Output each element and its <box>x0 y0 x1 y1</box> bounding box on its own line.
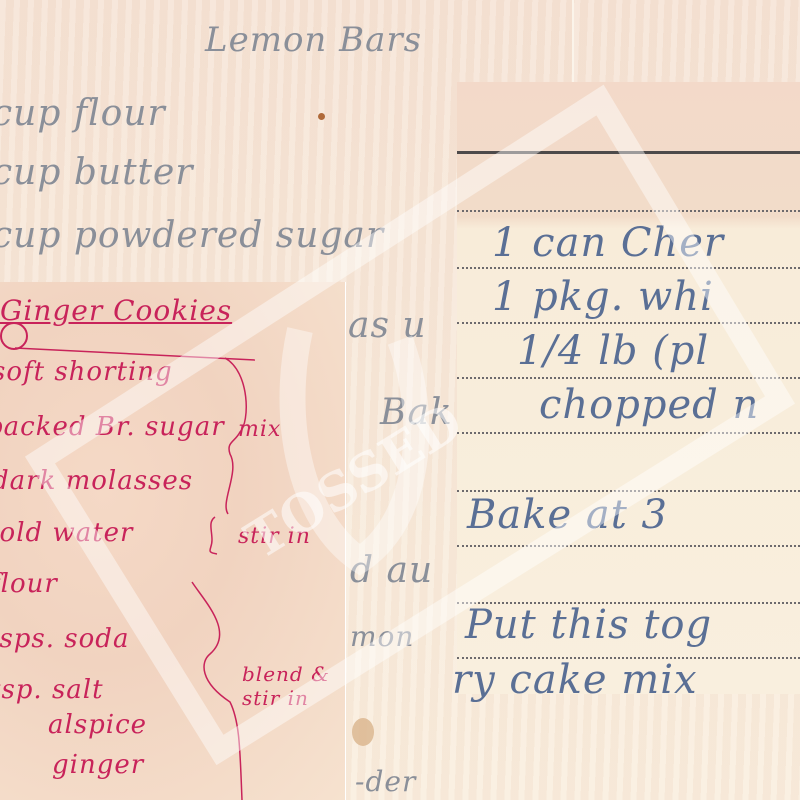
cherry-line: ry cake mix <box>452 657 698 703</box>
dotted-rule <box>457 267 800 269</box>
dotted-rule <box>457 432 800 434</box>
stain <box>318 113 325 120</box>
cherry-recipe-card: 1 can Cher 1 pkg. whi 1/4 lb (pl chopped… <box>457 82 800 694</box>
dotted-rule <box>457 377 800 379</box>
stain <box>352 718 374 746</box>
cherry-line: 1 can Cher <box>492 220 724 266</box>
lemon-bars-line: cup flour <box>0 93 166 134</box>
cherry-line: Put this tog <box>465 602 712 648</box>
lemon-bars-line: mon <box>350 620 414 653</box>
lemon-bars-title: Lemon Bars <box>205 20 422 60</box>
lemon-bars-line: Bak <box>380 392 453 433</box>
lemon-bars-line: -der <box>355 765 416 798</box>
card-header-rule <box>457 151 800 154</box>
paper-edge <box>572 0 574 82</box>
lemon-bars-line: d au <box>350 550 433 591</box>
dotted-rule <box>457 210 800 212</box>
cherry-line: 1 pkg. whi <box>492 274 714 320</box>
cherry-line: Bake at 3 <box>467 492 668 538</box>
cherry-line: chopped n <box>539 382 759 428</box>
lemon-bars-line: cup butter <box>0 152 194 193</box>
ginger-cookies-recipe-paper: Ginger Cookies soft shorting packed Br. … <box>0 282 345 800</box>
dotted-rule <box>457 322 800 324</box>
lemon-bars-line: cup powdered sugar <box>0 215 384 256</box>
circle-mark <box>0 322 28 350</box>
dotted-rule <box>457 545 800 547</box>
lemon-bars-line: as u <box>348 305 427 346</box>
ginger-brackets <box>0 282 345 800</box>
cherry-line: 1/4 lb (pl <box>517 328 709 374</box>
